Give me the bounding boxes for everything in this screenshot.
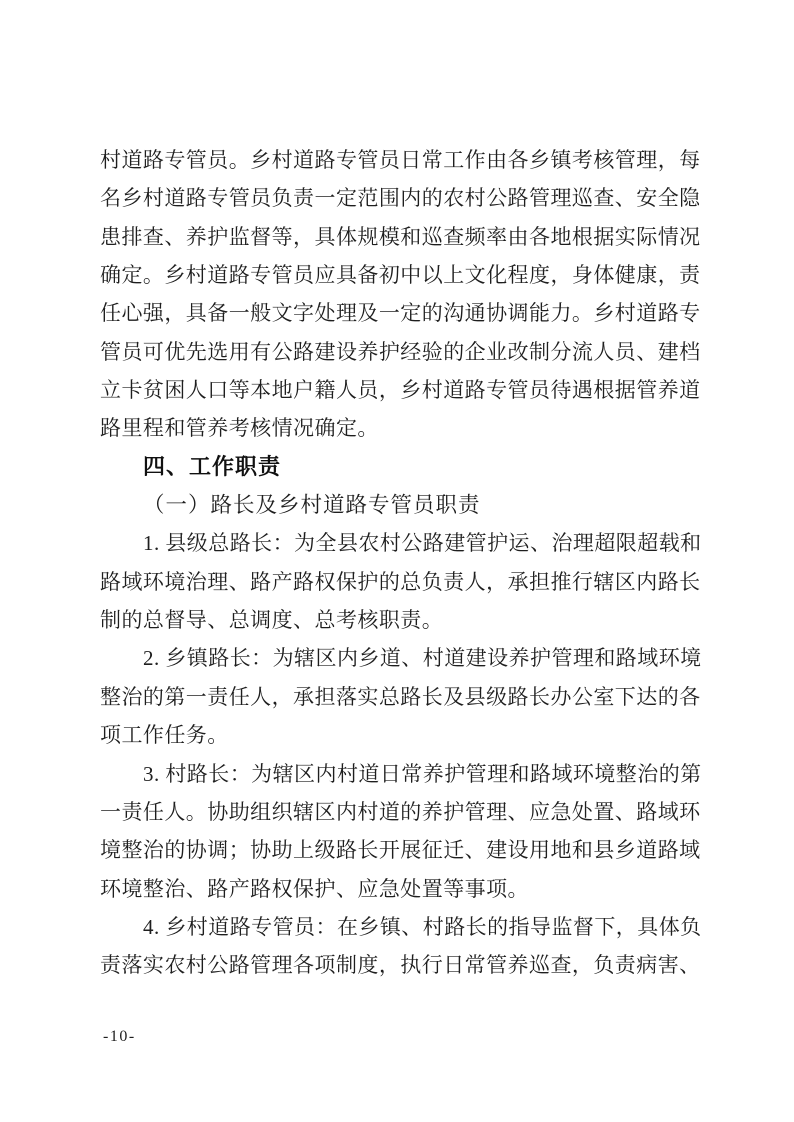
text-line: 一责任人。协助组织辖区内村道的养护管理、应急处置、路域环 [100,793,704,831]
text-line: 3. 村路长：为辖区内村道日常养护管理和路域环境整治的第 [100,755,704,793]
text-line: 名乡村道路专管员负责一定范围内的农村公路管理巡查、安全隐 [100,179,704,217]
text-line: 责落实农村公路管理各项制度，执行日常管养巡查，负责病害、 [100,946,704,984]
text-line: 任心强，具备一般文字处理及一定的沟通协调能力。乡村道路专 [100,294,704,332]
text-line: 管员可优先选用有公路建设养护经验的企业改制分流人员、建档 [100,333,704,371]
text-line: 确定。乡村道路专管员应具备初中以上文化程度，身体健康，责 [100,256,704,294]
text-line: 村道路专管员。乡村道路专管员日常工作由各乡镇考核管理，每 [100,141,704,179]
text-line: 1. 县级总路长：为全县农村公路建管护运、治理超限超载和 [100,524,704,562]
text-line: 4. 乡村道路专管员：在乡镇、村路长的指导监督下，具体负 [100,908,704,946]
subsection-heading: （一）路长及乡村道路专管员职责 [100,486,704,524]
text-line: 境整治的协调；协助上级路长开展征迁、建设用地和县乡道路域 [100,831,704,869]
page-number: -10- [103,1028,136,1046]
text-line: 患排查、养护监督等，具体规模和巡查频率由各地根据实际情况 [100,218,704,256]
section-heading: 四、工作职责 [100,448,704,486]
text-line: 路域环境治理、路产路权保护的总负责人，承担推行辖区内路长 [100,563,704,601]
document-page: 村道路专管员。乡村道路专管员日常工作由各乡镇考核管理，每 名乡村道路专管员负责一… [0,0,794,1122]
text-line: 立卡贫困人口等本地户籍人员，乡村道路专管员待遇根据管养道 [100,371,704,409]
text-line: 项工作任务。 [100,716,704,754]
document-text-block: 村道路专管员。乡村道路专管员日常工作由各乡镇考核管理，每 名乡村道路专管员负责一… [100,141,704,985]
text-line: 路里程和管养考核情况确定。 [100,409,704,447]
text-line: 制的总督导、总调度、总考核职责。 [100,601,704,639]
text-line: 整治的第一责任人，承担落实总路长及县级路长办公室下达的各 [100,678,704,716]
text-line: 环境整治、路产路权保护、应急处置等事项。 [100,870,704,908]
text-line: 2. 乡镇路长：为辖区内乡道、村道建设养护管理和路域环境 [100,639,704,677]
